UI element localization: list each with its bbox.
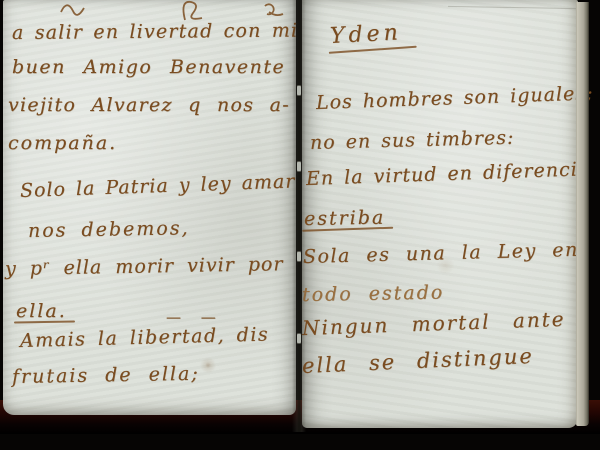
handwritten-line: ella. xyxy=(16,300,67,322)
binding-stitch xyxy=(297,86,301,95)
binding-stitch xyxy=(297,252,301,261)
pen-dashes: — — xyxy=(166,308,222,326)
right-page: Yden Los hombres son iguales; no en sus … xyxy=(302,0,578,428)
page-heading: Yden xyxy=(329,20,402,49)
manuscript-photo: a salir en livertad con mi buen Amigo Be… xyxy=(0,0,600,450)
handwritten-line: Los hombres son iguales; xyxy=(316,82,594,114)
handwritten-line: a salir en livertad con mi xyxy=(12,20,298,44)
handwritten-line: no en sus timbres: xyxy=(310,127,515,154)
handwritten-line: Solo la Patria y ley amar xyxy=(20,170,296,202)
handwritten-line: estriba xyxy=(304,207,386,230)
handwritten-line: buen Amigo Benavente y xyxy=(12,56,315,78)
binding-stitch xyxy=(297,334,301,343)
handwritten-line: Sola es una la Ley en xyxy=(303,239,579,268)
binding-stitch xyxy=(297,162,301,171)
handwritten-line: viejito Alvarez q nos a- xyxy=(8,94,290,116)
handwritten-line: Ningun mortal ante xyxy=(302,307,566,340)
handwritten-line: frutais de ella; xyxy=(12,363,200,388)
handwritten-line: y pʳ ella morir vivir por xyxy=(5,253,284,280)
handwritten-line: nos debemos, xyxy=(28,217,190,242)
handwritten-line: En la virtud en diferencia xyxy=(306,158,591,190)
page-stack-edge xyxy=(576,2,589,426)
left-page: a salir en livertad con mi buen Amigo Be… xyxy=(3,0,296,415)
handwritten-line: ella se distingue xyxy=(301,344,534,378)
handwritten-line: compaña. xyxy=(8,132,117,154)
cutoff-line-flourish xyxy=(3,0,295,22)
handwritten-line: Amais la libertad, dis xyxy=(20,323,270,352)
handwritten-line: todo estado xyxy=(302,282,445,306)
